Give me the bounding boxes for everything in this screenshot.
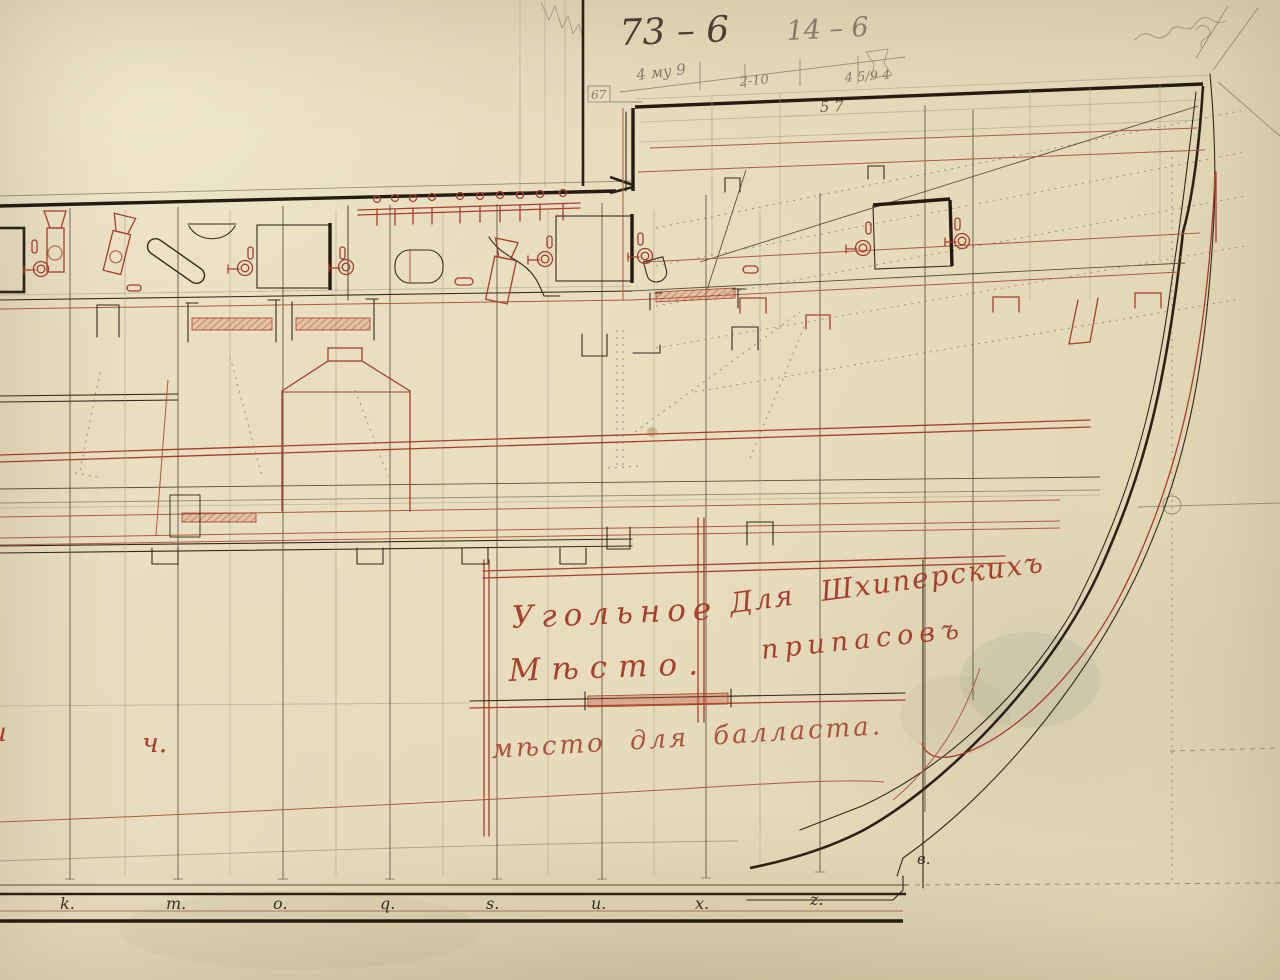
pump-1: [44, 211, 66, 272]
vent-house: [282, 348, 410, 511]
label-bilge-letter: в.: [917, 850, 931, 868]
label-coal-place-line1: Угольное: [511, 591, 719, 636]
text-labels: 73 – 6 14 – 6 4 му 9 2-10 4 5/9 4 5 7 67…: [0, 9, 1046, 913]
keel-shoe: [747, 876, 903, 900]
deck-fittings: [0, 190, 970, 304]
label-left-edge-partial: и: [0, 718, 7, 748]
frame-letter-m: m.: [166, 894, 186, 913]
deck-pencil-note: 5 7: [820, 97, 845, 116]
hatch-coaming-2: [556, 214, 633, 283]
pencil-note-2: 2-10: [738, 72, 769, 90]
label-skipper-stores-line2: припасовъ: [759, 614, 966, 666]
frame-letter-o: o.: [273, 894, 287, 913]
step-pencil-note: 67: [591, 88, 607, 102]
hatch-coaming-left-partial: [0, 228, 24, 292]
pencil-note-1: 4 му 9: [634, 60, 687, 84]
frame-letter-u: u.: [591, 894, 606, 913]
label-coal-place-line2: Мѣсто.: [507, 646, 710, 689]
frame-letter-k: k.: [60, 894, 75, 913]
bowl-fitting: [188, 224, 236, 239]
poop-deck-step: [610, 102, 642, 193]
frame-letter-s: s.: [486, 894, 499, 913]
beam-shelf-bars: [182, 288, 735, 522]
pump-3: [483, 238, 520, 304]
top-mid-number: 14 – 6: [786, 12, 870, 47]
ballast-platform: [470, 689, 905, 710]
capstan-drum: [395, 250, 443, 283]
bilge-ceiling-line: [0, 781, 884, 822]
pump-2: [100, 213, 135, 275]
frame-letter-q: q.: [380, 894, 395, 913]
pencil-note-3: 4 5/9 4: [843, 68, 891, 86]
ship-plan-drawing: 73 – 6 14 – 6 4 му 9 2-10 4 5/9 4 5 7 67…: [0, 0, 1280, 980]
top-left-number: 73 – 6: [619, 9, 730, 54]
hatch-coaming-1: [257, 223, 331, 290]
label-frame-letter-ch: ч.: [142, 728, 167, 759]
cleats: [32, 218, 960, 291]
label-ballast-place: мѣсто для балласта.: [491, 711, 884, 765]
skylight-bar: [144, 236, 207, 287]
ship-plan-sheet: 73 – 6 14 – 6 4 му 9 2-10 4 5/9 4 5 7 67…: [0, 0, 1280, 980]
red-brackets: [740, 293, 1161, 344]
frame-foot-ticks: [65, 872, 825, 879]
label-skipper-stores-line1: Для Шхиперскихъ: [726, 546, 1047, 620]
frame-letter-z: z.: [809, 890, 824, 909]
frame-letter-x: x.: [695, 894, 709, 913]
